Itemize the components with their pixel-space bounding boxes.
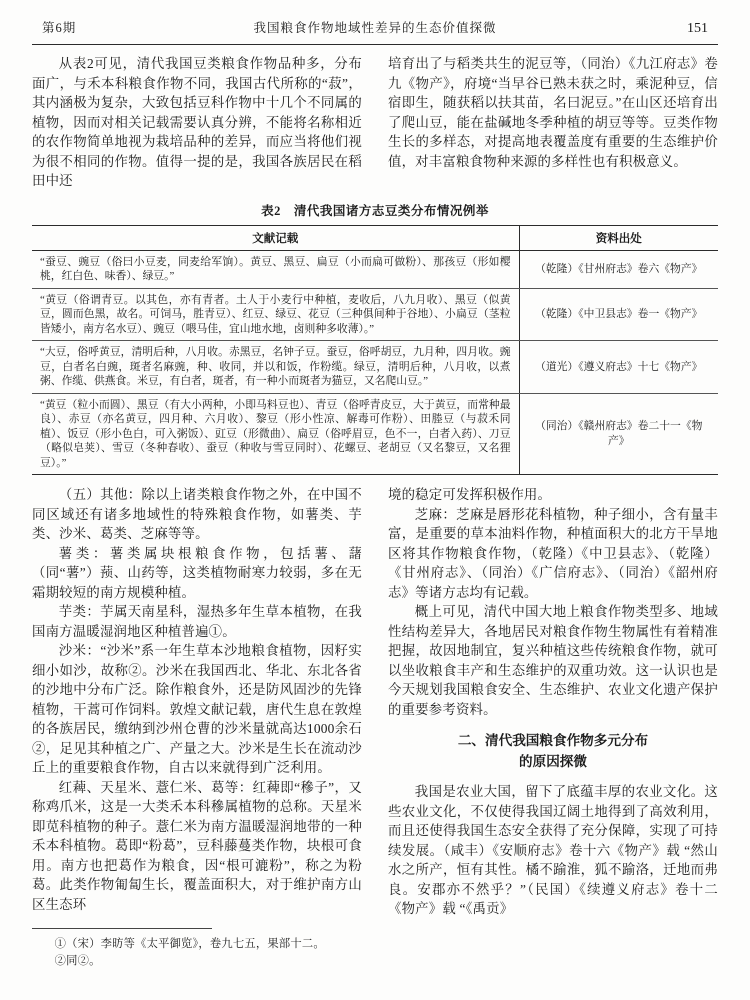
literature-cell: “黄豆（俗谓青豆。以其色，亦有青者。土人于小麦行中种植，麦收后，八九月收）、黑豆… <box>32 288 519 341</box>
paragraph-sesame: 芝麻：芝麻是唇形花科植物，种子细小，含有量丰富，是重要的草本油料作物，种植面积大… <box>388 505 718 603</box>
page-header: 第6期 我国粮食作物地域性差异的生态价值探微 151 <box>32 14 718 45</box>
journal-page: 第6期 我国粮食作物地域性差异的生态价值探微 151 从表2可见，清代我国豆类粮… <box>0 0 750 1000</box>
table-row: “蚕豆、豌豆（俗曰小豆麦，同麦给军饷）。黄豆、黑豆、扁豆（小而扁可做粉）、那孩豆… <box>32 250 718 288</box>
literature-cell: “黄豆（粒小而圆）、黑豆（有大小两种，小即马料豆也）、青豆（俗呼青皮豆，大于黄豆… <box>32 393 519 475</box>
paragraph-tuber-crops: 薯类：薯类属块根粮食作物，包括薯、藷（同“薯”）蓣、山药等，这类植物耐寒力较弱，… <box>32 544 362 603</box>
section-heading-line1: 二、清代我国粮食作物多元分布 <box>388 730 718 751</box>
paragraph-beans-continued: 培育出了与稻类共生的泥豆等，（同治）《九江府志》卷九《物产》，府境“当早谷已熟未… <box>388 54 718 171</box>
paragraph-other-crops: （五）其他：除以上诸类粮食作物之外，在中国不同区域还有诸多地域性的特殊粮食作物，… <box>32 485 362 544</box>
section-heading: 二、清代我国粮食作物多元分布 的原因探微 <box>388 730 718 772</box>
bottom-left-column: （五）其他：除以上诸类粮食作物之外，在中国不同区域还有诸多地域性的特殊粮食作物，… <box>32 485 362 970</box>
column-header-literature: 文献记载 <box>32 225 519 250</box>
paragraph-agriculture-culture: 我国是农业大国，留下了底蕴丰厚的农业文化。这些农业文化，不仅使得我国辽阔土地得到… <box>388 782 718 919</box>
footnote-2: ②同②。 <box>32 953 362 970</box>
table-section: 表2 清代我国诸方志豆类分布情况例举 文献记载 资料出处 “蚕豆、豌豆（俗曰小豆… <box>32 201 718 476</box>
footnote-divider <box>32 928 212 929</box>
top-section: 从表2可见，清代我国豆类粮食作物品种多，分布面广，与禾本科粮食作物不同，我国古代… <box>32 54 718 191</box>
source-cell: （乾隆）《中卫县志》卷一《物产》 <box>519 288 718 341</box>
bottom-section: （五）其他：除以上诸类粮食作物之外，在中国不同区域还有诸多地域性的特殊粮食作物，… <box>32 485 718 970</box>
section-heading-line2: 的原因探微 <box>388 751 718 772</box>
bean-records-table: 文献记载 资料出处 “蚕豆、豌豆（俗曰小豆麦，同麦给军饷）。黄豆、黑豆、扁豆（小… <box>32 225 718 476</box>
table-header-row: 文献记载 资料出处 <box>32 225 718 250</box>
source-cell: （乾隆）《甘州府志》卷六《物产》 <box>519 250 718 288</box>
column-header-source: 资料出处 <box>519 225 718 250</box>
table-row: “黄豆（粒小而圆）、黑豆（有大小两种，小即马料豆也）、青豆（俗呼青皮豆，大于黄豆… <box>32 393 718 475</box>
table-row: “黄豆（俗谓青豆。以其色，亦有青者。土人于小麦行中种植，麦收后，八九月收）、黑豆… <box>32 288 718 341</box>
page-number: 151 <box>588 21 708 37</box>
footnote-block: ①（宋）李昉等《太平御览》，卷九七五，果部十二。 ②同②。 <box>32 928 362 970</box>
top-left-column: 从表2可见，清代我国豆类粮食作物品种多，分布面广，与禾本科粮食作物不同，我国古代… <box>32 54 362 191</box>
running-title: 我国粮食作物地域性差异的生态价值探微 <box>162 18 588 36</box>
paragraph-summary: 概上可见，清代中国大地上粮食作物类型多、地域性结构差异大，各地居民对粮食作物生物… <box>388 602 718 719</box>
paragraph-beans-overview: 从表2可见，清代我国豆类粮食作物品种多，分布面广，与禾本科粮食作物不同，我国古代… <box>32 54 362 191</box>
paragraph-ecology-continued: 境的稳定可发挥积极作用。 <box>388 485 718 505</box>
source-cell: （同治）《赣州府志》卷二十一《物产》 <box>519 393 718 475</box>
paragraph-millet-kudzu: 红薭、天星米、薏仁米、葛等：红薭即“穇子”，又称鸡爪米，这是一大类禾本科穇属植物… <box>32 778 362 915</box>
paragraph-taro-crops: 芋类：芋属天南星科，湿热多年生草本植物，在我国南方温暖湿润地区种植普遍①。 <box>32 602 362 641</box>
literature-cell: “蚕豆、豌豆（俗曰小豆麦，同麦给军饷）。黄豆、黑豆、扁豆（小而扁可做粉）、那孩豆… <box>32 250 519 288</box>
top-right-column: 培育出了与稻类共生的泥豆等，（同治）《九江府志》卷九《物产》，府境“当早谷已熟未… <box>388 54 718 191</box>
source-cell: （道光）《遵义府志》十七《物产》 <box>519 341 718 394</box>
footnote-1: ①（宋）李昉等《太平御览》，卷九七五，果部十二。 <box>32 936 362 953</box>
literature-cell: “大豆，俗呼黄豆，清明后种，八月收。赤黑豆，名钟子豆。蚕豆，俗呼胡豆，九月种，四… <box>32 341 519 394</box>
issue-label: 第6期 <box>42 18 162 36</box>
table-caption: 表2 清代我国诸方志豆类分布情况例举 <box>32 201 718 219</box>
bottom-right-column: 境的稳定可发挥积极作用。 芝麻：芝麻是唇形花科植物，种子细小，含有量丰富，是重要… <box>388 485 718 970</box>
paragraph-sand-rice: 沙米：“沙米”系一年生草本沙地粮食植物，因籽实细小如沙，故称②。沙米在我国西北、… <box>32 641 362 778</box>
table-row: “大豆，俗呼黄豆，清明后种，八月收。赤黑豆，名钟子豆。蚕豆，俗呼胡豆，九月种，四… <box>32 341 718 394</box>
